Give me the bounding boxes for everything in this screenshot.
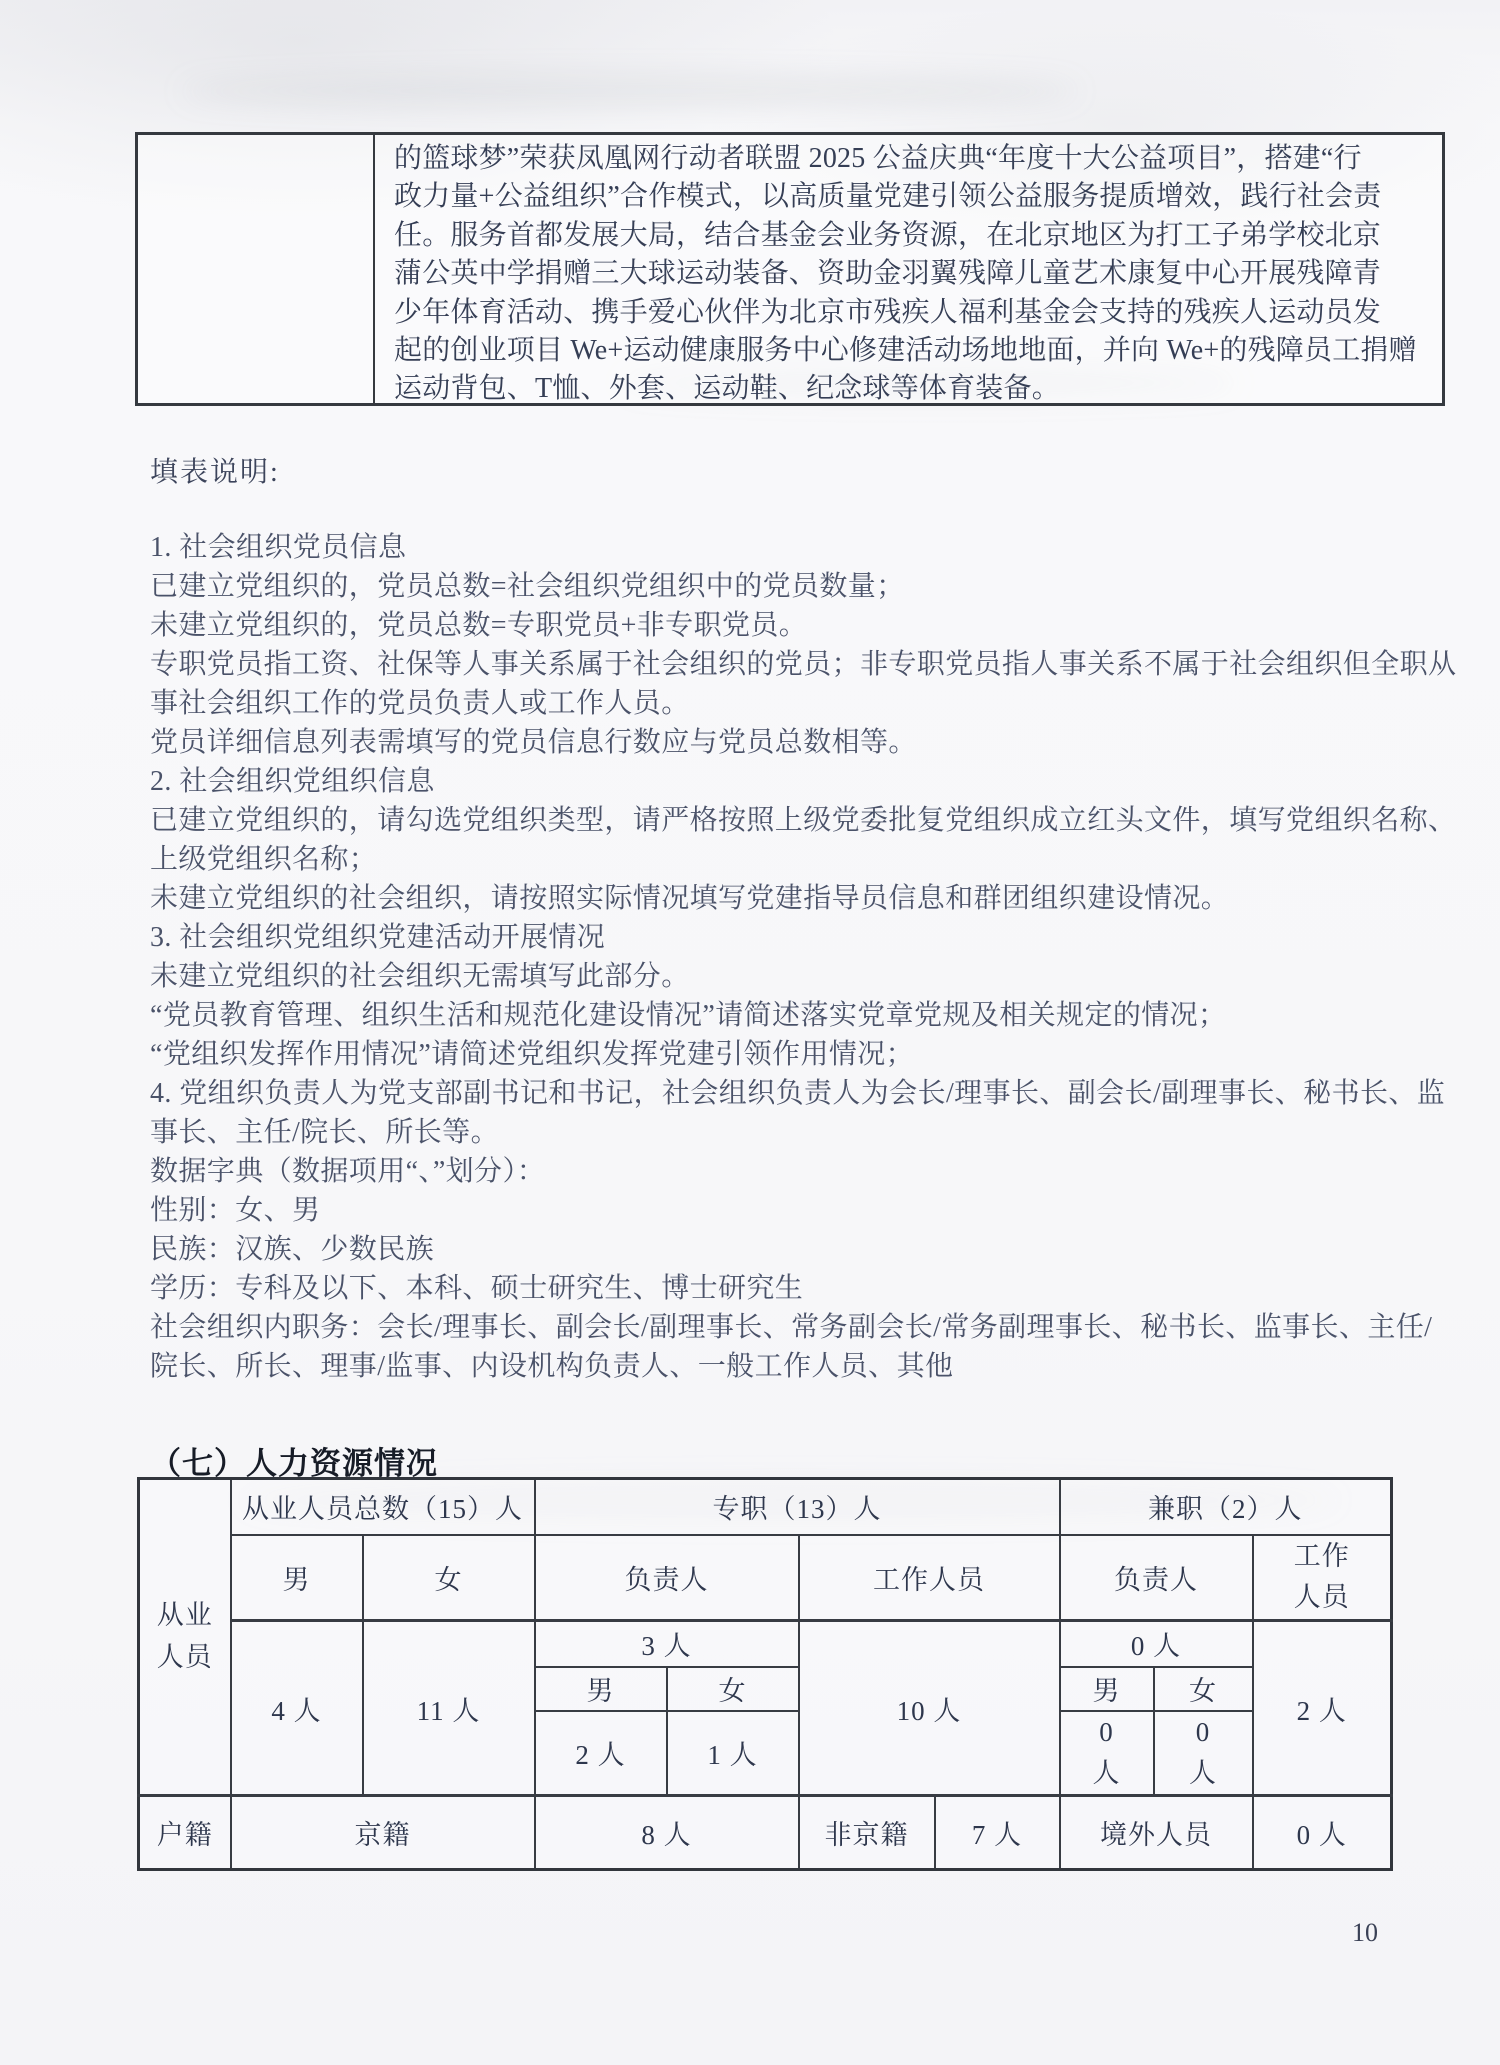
scan-smudge (180, 76, 1080, 106)
note-line: 学历：专科及以下、本科、硕士研究生、博士研究生 (150, 1269, 1480, 1308)
note-line: “党组织发挥作用情况”请简述党组织发挥党建引领作用情况； (150, 1035, 1480, 1074)
hr-ft-leader-male-value: 2 人 (535, 1711, 667, 1796)
hr-pt-leader-female-header: 女 (1154, 1667, 1253, 1711)
note-line: 专职党员指工资、社保等人事关系属于社会组织的党员；非专职党员指人事关系不属于社会… (150, 645, 1480, 684)
page-number: 10 (1352, 1918, 1378, 1948)
hr-ft-staff-value: 10 人 (799, 1621, 1060, 1796)
note-line: 事长、主任/院长、所长等。 (150, 1113, 1480, 1152)
hr-total-female-header: 女 (363, 1535, 535, 1621)
hr-total-male-value: 4 人 (231, 1621, 363, 1796)
table-text-line: 运动背包、T恤、外套、运动鞋、纪念球等体育装备。 (394, 370, 1428, 408)
note-line: “党员教育管理、组织生活和规范化建设情况”请简述落实党章党规及相关规定的情况； (150, 996, 1480, 1035)
notes-block: 1. 社会组织党员信息 已建立党组织的，党员总数=社会组织党组织中的党员数量； … (150, 528, 1480, 1386)
note-line: 上级党组织名称； (150, 840, 1480, 879)
hr-header-fulltime: 专职（13）人 (535, 1479, 1060, 1535)
note-line: 2. 社会组织党组织信息 (150, 762, 1480, 801)
note-line: 3. 社会组织党组织党建活动开展情况 (150, 918, 1480, 957)
hr-beijing-value: 8 人 (535, 1796, 799, 1870)
hr-beijing-label: 京籍 (231, 1796, 535, 1870)
note-line: 性别：女、男 (150, 1191, 1480, 1230)
hr-table: 从业人员 从业人员总数（15）人 专职（13）人 兼职（2）人 男 女 负责人 … (137, 1477, 1393, 1871)
table-text-line: 蒲公英中学捐赠三大球运动装备、资助金羽翼残障儿童艺术康复中心开展残障青 (394, 255, 1428, 293)
note-line: 事社会组织工作的党员负责人或工作人员。 (150, 684, 1480, 723)
hr-overseas-value: 0 人 (1253, 1796, 1392, 1870)
hr-total-female-value: 11 人 (363, 1621, 535, 1796)
note-line: 未建立党组织的，党员总数=专职党员+非专职党员。 (150, 606, 1480, 645)
note-line: 社会组织内职务：会长/理事长、副会长/副理事长、常务副会长/常务副理事长、秘书长… (150, 1308, 1480, 1347)
hr-ft-leader-total-value: 3 人 (535, 1621, 799, 1667)
continuation-table-text-cell: 的篮球梦”荣获凤凰网行动者联盟 2025 公益庆典“年度十大公益项目”，搭建“行… (375, 135, 1442, 403)
hr-residence-label: 户籍 (139, 1796, 231, 1870)
note-line: 已建立党组织的，党员总数=社会组织党组织中的党员数量； (150, 567, 1480, 606)
continuation-table: 的篮球梦”荣获凤凰网行动者联盟 2025 公益庆典“年度十大公益项目”，搭建“行… (135, 132, 1445, 406)
hr-header-total: 从业人员总数（15）人 (231, 1479, 535, 1535)
note-line: 4. 党组织负责人为党支部副书记和书记，社会组织负责人为会长/理事长、副会长/副… (150, 1074, 1480, 1113)
hr-total-male-header: 男 (231, 1535, 363, 1621)
hr-pt-leader-header: 负责人 (1060, 1535, 1253, 1621)
table-text-line: 任。服务首都发展大局，结合基金会业务资源，在北京地区为打工子弟学校北京 (394, 217, 1428, 255)
hr-pt-leader-male-value: 0人 (1060, 1711, 1154, 1796)
hr-residence-row: 户籍 京籍 8 人 非京籍 7 人 境外人员 0 人 (139, 1796, 1392, 1870)
hr-pt-staff-value: 2 人 (1253, 1621, 1392, 1796)
hr-pt-leader-total-value: 0 人 (1060, 1621, 1253, 1667)
hr-row-label-text: 从业人员 (154, 1595, 216, 1679)
hr-header-parttime: 兼职（2）人 (1060, 1479, 1392, 1535)
hr-pt-leader-male-header: 男 (1060, 1667, 1154, 1711)
continuation-table-empty-label-cell (138, 135, 375, 403)
hr-pt-leader-female-value: 0人 (1154, 1711, 1253, 1796)
note-line: 未建立党组织的社会组织，请按照实际情况填写党建指导员信息和群团组织建设情况。 (150, 879, 1480, 918)
hr-header-row-2: 男 女 负责人 工作人员 负责人 工作人员 (139, 1535, 1392, 1621)
hr-ft-leader-female-value: 1 人 (667, 1711, 799, 1796)
table-text-line: 政力量+公益组织”合作模式，以高质量党建引领公益服务提质增效，践行社会责 (394, 178, 1428, 216)
hr-ft-leader-header: 负责人 (535, 1535, 799, 1621)
table-text-line: 起的创业项目 We+运动健康服务中心修建活动场地地面，并向 We+的残障员工捐赠 (394, 332, 1428, 370)
hr-non-beijing-value: 7 人 (935, 1796, 1060, 1870)
hr-pt-staff-header-text: 工作人员 (1291, 1536, 1353, 1620)
note-line: 1. 社会组织党员信息 (150, 528, 1480, 567)
hr-overseas-label: 境外人员 (1060, 1796, 1253, 1870)
hr-ft-staff-header: 工作人员 (799, 1535, 1060, 1621)
hr-ft-leader-female-header: 女 (667, 1667, 799, 1711)
hr-pt-staff-header: 工作人员 (1253, 1535, 1392, 1621)
note-line: 党员详细信息列表需填写的党员信息行数应与党员总数相等。 (150, 723, 1480, 762)
hr-data-row-1: 4 人 11 人 3 人 10 人 0 人 2 人 (139, 1621, 1392, 1667)
hr-pt-leader-female-value-text: 0人 (1187, 1712, 1219, 1793)
notes-title: 填表说明: (150, 450, 280, 490)
hr-header-row-1: 从业人员 从业人员总数（15）人 专职（13）人 兼职（2）人 (139, 1479, 1392, 1535)
hr-pt-leader-male-value-text: 0人 (1090, 1712, 1122, 1793)
document-page: 的篮球梦”荣获凤凰网行动者联盟 2025 公益庆典“年度十大公益项目”，搭建“行… (0, 0, 1500, 2065)
note-line: 院长、所长、理事/监事、内设机构负责人、一般工作人员、其他 (150, 1347, 1480, 1386)
hr-ft-leader-male-header: 男 (535, 1667, 667, 1711)
note-line: 已建立党组织的，请勾选党组织类型，请严格按照上级党委批复党组织成立红头文件，填写… (150, 801, 1480, 840)
hr-row-label-workers: 从业人员 (139, 1479, 231, 1796)
table-text-line: 的篮球梦”荣获凤凰网行动者联盟 2025 公益庆典“年度十大公益项目”，搭建“行 (394, 140, 1428, 178)
hr-non-beijing-label: 非京籍 (799, 1796, 935, 1870)
note-line: 数据字典（数据项用“、”划分）： (150, 1152, 1480, 1191)
note-line: 未建立党组织的社会组织无需填写此部分。 (150, 957, 1480, 996)
note-line: 民族：汉族、少数民族 (150, 1230, 1480, 1269)
table-text-line: 少年体育活动、携手爱心伙伴为北京市残疾人福利基金会支持的残疾人运动员发 (394, 294, 1428, 332)
